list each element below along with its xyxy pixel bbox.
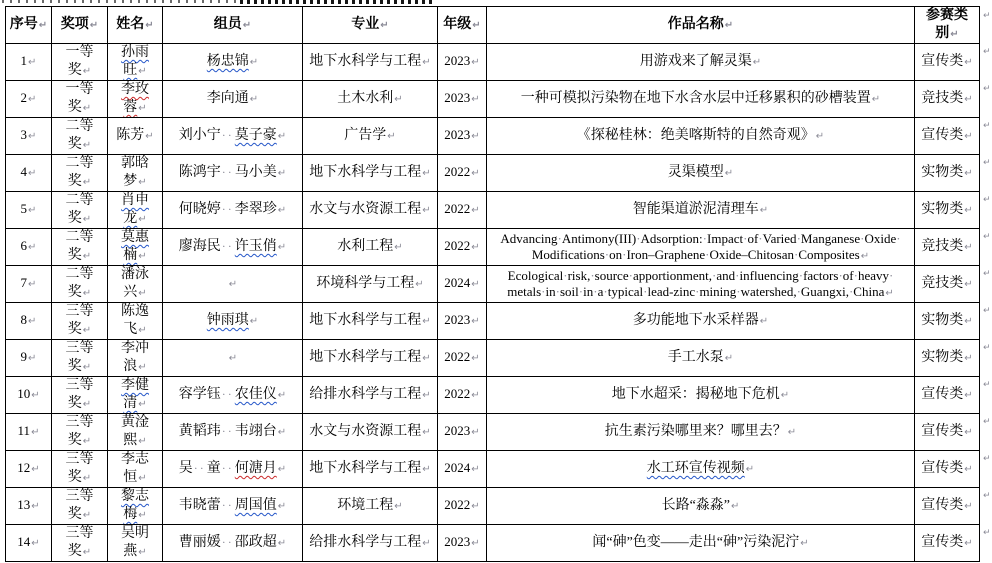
cell-category[interactable]: 宣传类↵ bbox=[915, 43, 980, 80]
member-name-text: 李向通 bbox=[207, 91, 249, 106]
end-of-cell-mark: ↵ bbox=[422, 538, 430, 549]
cell-major[interactable]: 水文与水资源工程↵ bbox=[303, 191, 438, 228]
cell-award[interactable]: 三等奖↵ bbox=[52, 413, 108, 450]
cell-members[interactable]: 黄韬玮··韦翊台↵ bbox=[163, 413, 303, 450]
cell-serial-number[interactable]: 6↵ bbox=[6, 228, 52, 265]
award-text-wrap: 三等奖↵ bbox=[61, 488, 99, 524]
cell-year[interactable]: 2023↵ bbox=[438, 413, 487, 450]
cell-name[interactable]: 黎志梅↵ bbox=[108, 487, 163, 524]
space-mark: ·· bbox=[221, 239, 235, 253]
name-text-wrap: 李冲浪↵ bbox=[116, 340, 154, 376]
end-of-cell-mark: ↵ bbox=[278, 501, 286, 512]
cell-major[interactable]: 环境工程↵ bbox=[303, 487, 438, 524]
end-of-row-mark: ↵ bbox=[983, 11, 991, 21]
cell-name[interactable]: 李冲浪↵ bbox=[108, 339, 163, 376]
end-of-cell-mark: ↵ bbox=[250, 316, 258, 327]
serial-number-text: 2 bbox=[21, 90, 28, 105]
major-text: 广告学 bbox=[344, 128, 386, 143]
end-of-cell-mark: ↵ bbox=[138, 66, 146, 77]
cell-category[interactable]: 宣传类↵ bbox=[915, 117, 980, 154]
row-end-mark-slot: ↵ bbox=[983, 338, 992, 375]
cell-work-title[interactable]: 水工环宣传视频↵ bbox=[487, 450, 915, 487]
table-row: 3↵二等奖↵陈芳↵刘小宁··莫子豪↵广告学↵2023↵《探秘桂林：绝美喀斯特的自… bbox=[6, 117, 980, 154]
cell-name[interactable]: 郭晗梦↵ bbox=[108, 154, 163, 191]
end-of-cell-mark: ↵ bbox=[83, 214, 91, 225]
cell-members[interactable]: 李向通↵ bbox=[163, 80, 303, 117]
cell-major[interactable]: 土木水利↵ bbox=[303, 80, 438, 117]
cell-major[interactable]: 水文与水资源工程↵ bbox=[303, 413, 438, 450]
header-label: 奖项↵ bbox=[61, 17, 98, 32]
cell-award[interactable]: 三等奖↵ bbox=[52, 302, 108, 339]
award-text-wrap: 三等奖↵ bbox=[61, 303, 99, 339]
end-of-cell-mark: ↵ bbox=[28, 205, 36, 216]
end-of-row-mark: ↵ bbox=[983, 269, 991, 279]
cell-name[interactable]: 孙雨旺↵ bbox=[108, 43, 163, 80]
serial-number-text: 10 bbox=[17, 386, 30, 401]
work-title-text: mining bbox=[699, 284, 736, 299]
end-of-cell-mark: ↵ bbox=[422, 57, 430, 68]
member-name-text: 邵政超 bbox=[235, 535, 277, 550]
serial-number-text: 7 bbox=[21, 275, 28, 290]
table-row: 6↵二等奖↵莫惠楠↵廖海民··许玉俏↵水利工程↵2022↵Advancing·​… bbox=[6, 228, 980, 265]
year-text: 2023 bbox=[444, 312, 470, 327]
row-end-marks: ↵↵↵↵↵↵↵↵↵↵↵↵↵↵↵ bbox=[983, 6, 992, 560]
cell-category[interactable]: 宣传类↵ bbox=[915, 413, 980, 450]
cell-serial-number[interactable]: 14↵ bbox=[6, 524, 52, 561]
end-of-cell-mark: ↵ bbox=[964, 390, 972, 401]
cell-work-title[interactable]: 《探秘桂林：绝美喀斯特的自然奇观》↵ bbox=[487, 117, 915, 154]
end-of-cell-mark: ↵ bbox=[28, 353, 36, 364]
table-row: 5↵二等奖↵肖申龙↵何晓婷··李翠珍↵水文与水资源工程↵2022↵智能渠道淤泥清… bbox=[6, 191, 980, 228]
table-row: 2↵一等奖↵李玫蓉↵李向通↵土木水利↵2023↵一种可模拟污染物在地下水含水层中… bbox=[6, 80, 980, 117]
work-title-text: heavy bbox=[858, 268, 889, 283]
end-of-row-mark: ↵ bbox=[983, 47, 991, 57]
cell-serial-number[interactable]: 1↵ bbox=[6, 43, 52, 80]
cell-work-title[interactable]: 地下水超采：揭秘地下危机↵ bbox=[487, 376, 915, 413]
cell-major[interactable]: 给排水科学与工程↵ bbox=[303, 524, 438, 561]
year-text: 2022 bbox=[444, 201, 470, 216]
cell-work-title[interactable]: 智能渠道淤泥清理车↵ bbox=[487, 191, 915, 228]
cell-name[interactable]: 李健清↵ bbox=[108, 376, 163, 413]
end-of-cell-mark: ↵ bbox=[138, 399, 146, 410]
space-mark: ·· bbox=[221, 128, 235, 142]
cell-award[interactable]: 三等奖↵ bbox=[52, 524, 108, 561]
end-of-row-mark: ↵ bbox=[983, 232, 991, 242]
end-of-cell-mark: ↵ bbox=[964, 353, 972, 364]
end-of-cell-mark: ↵ bbox=[278, 464, 286, 475]
cell-work-title[interactable]: 用游戏来了解灵渠↵ bbox=[487, 43, 915, 80]
work-title-text: Guangxi, bbox=[801, 284, 849, 299]
cell-award[interactable]: 三等奖↵ bbox=[52, 487, 108, 524]
work-title-text: 地下水超采：揭秘地下危机 bbox=[612, 387, 780, 402]
header-label: 专业↵ bbox=[351, 17, 388, 32]
work-title-text: 《探秘桂林：绝美喀斯特的自然奇观》 bbox=[577, 128, 815, 143]
cell-award[interactable]: 二等奖↵ bbox=[52, 117, 108, 154]
cell-name[interactable]: 黄淦熙↵ bbox=[108, 413, 163, 450]
header-text: 组员 bbox=[214, 17, 242, 32]
work-title-text: influencing bbox=[740, 268, 799, 283]
end-of-cell-mark: ↵ bbox=[422, 427, 430, 438]
header-row: 序号↵奖项↵姓名↵组员↵专业↵年级↵作品名称↵参赛类别↵ bbox=[6, 7, 980, 44]
cell-serial-number[interactable]: 4↵ bbox=[6, 154, 52, 191]
end-of-cell-mark: ↵ bbox=[964, 205, 972, 216]
work-title-text: 水工环宣传视频 bbox=[647, 461, 745, 476]
cell-category[interactable]: 宣传类↵ bbox=[915, 376, 980, 413]
space-mark: ·· bbox=[221, 202, 235, 216]
cell-category[interactable]: 竞技类↵ bbox=[915, 228, 980, 265]
end-of-cell-mark: ↵ bbox=[861, 251, 869, 262]
end-of-cell-mark: ↵ bbox=[964, 168, 972, 179]
end-of-cell-mark: ↵ bbox=[760, 205, 768, 216]
cell-name[interactable]: 李志恒↵ bbox=[108, 450, 163, 487]
major-text: 地下水科学与工程 bbox=[309, 54, 421, 69]
cell-members[interactable]: 吴··童··何溏月↵ bbox=[163, 450, 303, 487]
name-text-wrap: 莫惠楠↵ bbox=[116, 229, 154, 265]
cell-year[interactable]: 2023↵ bbox=[438, 117, 487, 154]
name-text-wrap: 陈芳↵ bbox=[116, 127, 153, 145]
cell-year[interactable]: 2023↵ bbox=[438, 302, 487, 339]
end-of-cell-mark: ↵ bbox=[145, 20, 153, 31]
award-text-wrap: 一等奖↵ bbox=[61, 44, 99, 80]
work-title-text: China bbox=[853, 284, 884, 299]
end-of-cell-mark: ↵ bbox=[394, 242, 402, 253]
end-of-cell-mark: ↵ bbox=[422, 353, 430, 364]
end-of-cell-mark: ↵ bbox=[472, 20, 480, 31]
cell-category[interactable]: 实物类↵ bbox=[915, 154, 980, 191]
end-of-cell-mark: ↵ bbox=[31, 427, 39, 438]
cell-work-title[interactable]: 手工水泵↵ bbox=[487, 339, 915, 376]
serial-number-text: 11 bbox=[18, 423, 31, 438]
award-text-wrap: 二等奖↵ bbox=[61, 229, 99, 265]
end-of-cell-mark: ↵ bbox=[471, 242, 479, 253]
cell-name[interactable]: 吴明燕↵ bbox=[108, 524, 163, 561]
work-title-text: Oxide–Chitosan bbox=[710, 247, 795, 262]
cell-work-title[interactable]: 多功能地下水采样器↵ bbox=[487, 302, 915, 339]
member-name-text: 马小美 bbox=[235, 165, 277, 180]
category-text: 宣传类 bbox=[921, 535, 963, 550]
cell-category[interactable]: 宣传类↵ bbox=[915, 487, 980, 524]
space-mark: ·· bbox=[221, 387, 235, 401]
end-of-cell-mark: ↵ bbox=[471, 390, 479, 401]
end-of-cell-mark: ↵ bbox=[145, 131, 153, 142]
header-label: 作品名称↵ bbox=[668, 17, 733, 32]
end-of-row-mark: ↵ bbox=[983, 158, 991, 168]
member-name-text: 韦晓蕾 bbox=[179, 498, 221, 513]
work-title-text: source bbox=[595, 268, 629, 283]
name-text-wrap: 潘泳兴↵ bbox=[116, 266, 154, 302]
end-of-cell-mark: ↵ bbox=[39, 20, 47, 31]
name-text-wrap: 孙雨旺↵ bbox=[116, 44, 154, 80]
award-text-wrap: 二等奖↵ bbox=[61, 266, 99, 302]
end-of-cell-mark: ↵ bbox=[394, 94, 402, 105]
header-cell-2[interactable]: 姓名↵ bbox=[108, 7, 163, 44]
work-title-text: 抗生素污染哪里来？哪里去？ bbox=[605, 424, 787, 439]
cell-members[interactable]: 韦晓蕾··周国值↵ bbox=[163, 487, 303, 524]
table-row: 13↵三等奖↵黎志梅↵韦晓蕾··周国值↵环境工程↵2022↵长路“淼淼”↵宣传类… bbox=[6, 487, 980, 524]
end-of-cell-mark: ↵ bbox=[964, 538, 972, 549]
cell-name[interactable]: 肖申龙↵ bbox=[108, 191, 163, 228]
cell-major[interactable]: 水利工程↵ bbox=[303, 228, 438, 265]
end-of-cell-mark: ↵ bbox=[278, 205, 286, 216]
cell-members[interactable]: 容学钰··农佳仪↵ bbox=[163, 376, 303, 413]
cell-award[interactable]: 一等奖↵ bbox=[52, 80, 108, 117]
cell-serial-number[interactable]: 11↵ bbox=[6, 413, 52, 450]
work-title-text: metals bbox=[507, 284, 541, 299]
end-of-cell-mark: ↵ bbox=[31, 501, 39, 512]
header-cell-5[interactable]: 年级↵ bbox=[438, 7, 487, 44]
end-of-cell-mark: ↵ bbox=[964, 501, 972, 512]
cell-category[interactable]: 实物类↵ bbox=[915, 339, 980, 376]
row-end-mark-slot: ↵ bbox=[983, 486, 992, 523]
cell-year[interactable]: 2022↵ bbox=[438, 228, 487, 265]
cell-serial-number[interactable]: 8↵ bbox=[6, 302, 52, 339]
major-text: 地下水科学与工程 bbox=[309, 350, 421, 365]
cell-members[interactable]: 曹丽媛··邵政超↵ bbox=[163, 524, 303, 561]
header-cell-7[interactable]: 参赛类别↵ bbox=[915, 7, 980, 44]
header-text: 序号 bbox=[10, 17, 38, 32]
category-text: 竞技类 bbox=[921, 239, 963, 254]
end-of-cell-mark: ↵ bbox=[83, 436, 91, 447]
category-text: 宣传类 bbox=[921, 461, 963, 476]
header-text: 专业 bbox=[351, 17, 379, 32]
member-name-text: 何晓婷 bbox=[179, 202, 221, 217]
cell-serial-number[interactable]: 5↵ bbox=[6, 191, 52, 228]
space-mark: ·· bbox=[221, 498, 235, 512]
cell-serial-number[interactable]: 13↵ bbox=[6, 487, 52, 524]
cell-work-title[interactable]: 灵渠模型↵ bbox=[487, 154, 915, 191]
name-text-wrap: 李玫蓉↵ bbox=[116, 81, 154, 117]
cell-work-title[interactable]: 抗生素污染哪里来？哪里去？↵ bbox=[487, 413, 915, 450]
member-name-text: 吴 bbox=[179, 461, 193, 476]
end-of-cell-mark: ↵ bbox=[250, 57, 258, 68]
space-mark: ·​ bbox=[889, 268, 893, 283]
name-text-wrap: 黄淦熙↵ bbox=[116, 414, 154, 450]
cell-year[interactable]: 2022↵ bbox=[438, 339, 487, 376]
cell-members[interactable]: ↵ bbox=[163, 265, 303, 302]
cell-members[interactable]: 何晓婷··李翠珍↵ bbox=[163, 191, 303, 228]
cell-serial-number[interactable]: 10↵ bbox=[6, 376, 52, 413]
end-of-cell-mark: ↵ bbox=[83, 399, 91, 410]
name-text-wrap: 肖申龙↵ bbox=[116, 192, 154, 228]
end-of-cell-mark: ↵ bbox=[471, 464, 479, 475]
end-of-cell-mark: ↵ bbox=[964, 279, 972, 290]
name-text-wrap: 郭晗梦↵ bbox=[116, 155, 154, 191]
cell-serial-number[interactable]: 12↵ bbox=[6, 450, 52, 487]
year-text: 2023 bbox=[444, 53, 470, 68]
end-of-cell-mark: ↵ bbox=[31, 538, 39, 549]
end-of-cell-mark: ↵ bbox=[471, 168, 479, 179]
year-text: 2024 bbox=[444, 275, 470, 290]
year-text: 2023 bbox=[444, 534, 470, 549]
cell-year[interactable]: 2022↵ bbox=[438, 154, 487, 191]
serial-number-text: 3 bbox=[21, 127, 28, 142]
year-text: 2023 bbox=[444, 423, 470, 438]
cell-award[interactable]: 三等奖↵ bbox=[52, 339, 108, 376]
member-name-text: 刘小宁 bbox=[179, 128, 221, 143]
cell-major[interactable]: 广告学↵ bbox=[303, 117, 438, 154]
header-cell-1[interactable]: 奖项↵ bbox=[52, 7, 108, 44]
end-of-cell-mark: ↵ bbox=[278, 242, 286, 253]
category-text: 实物类 bbox=[921, 165, 963, 180]
cell-major[interactable]: 地下水科学与工程↵ bbox=[303, 450, 438, 487]
end-of-cell-mark: ↵ bbox=[83, 177, 91, 188]
end-of-row-mark: ↵ bbox=[983, 195, 991, 205]
serial-number-text: 9 bbox=[21, 349, 28, 364]
cell-work-title[interactable]: 一种可模拟污染物在地下水含水层中迁移累积的砂槽装置↵ bbox=[487, 80, 915, 117]
end-of-cell-mark: ↵ bbox=[471, 205, 479, 216]
cell-award[interactable]: 三等奖↵ bbox=[52, 376, 108, 413]
cell-work-title[interactable]: Ecological·​risk,·​source·​apportionment… bbox=[487, 265, 915, 302]
category-text: 竞技类 bbox=[921, 91, 963, 106]
major-text: 水利工程 bbox=[337, 239, 393, 254]
category-text: 竞技类 bbox=[921, 276, 963, 291]
cell-members[interactable]: ↵ bbox=[163, 339, 303, 376]
cell-award[interactable]: 三等奖↵ bbox=[52, 450, 108, 487]
cell-serial-number[interactable]: 7↵ bbox=[6, 265, 52, 302]
cell-year[interactable]: 2022↵ bbox=[438, 487, 487, 524]
cell-category[interactable]: 宣传类↵ bbox=[915, 450, 980, 487]
cell-year[interactable]: 2022↵ bbox=[438, 376, 487, 413]
serial-number-text: 14 bbox=[17, 534, 30, 549]
header-cell-3[interactable]: 组员↵ bbox=[163, 7, 303, 44]
end-of-cell-mark: ↵ bbox=[83, 103, 91, 114]
cell-work-title[interactable]: 闻“砷”色变——走出“砷”污染泥泞↵ bbox=[487, 524, 915, 561]
end-of-cell-mark: ↵ bbox=[471, 427, 479, 438]
award-text-wrap: 三等奖↵ bbox=[61, 414, 99, 450]
cell-major[interactable]: 地下水科学与工程↵ bbox=[303, 43, 438, 80]
table-row: 11↵三等奖↵黄淦熙↵黄韬玮··韦翊台↵水文与水资源工程↵2023↵抗生素污染哪… bbox=[6, 413, 980, 450]
end-of-cell-mark: ↵ bbox=[753, 57, 761, 68]
cell-year[interactable]: 2022↵ bbox=[438, 191, 487, 228]
work-title-text: Composites bbox=[798, 247, 859, 262]
cell-members[interactable]: 杨忠锦↵ bbox=[163, 43, 303, 80]
table-row: 10↵三等奖↵李健清↵容学钰··农佳仪↵给排水科学与工程↵2022↵地下水超采：… bbox=[6, 376, 980, 413]
end-of-cell-mark: ↵ bbox=[278, 168, 286, 179]
end-of-cell-mark: ↵ bbox=[760, 316, 768, 327]
cell-category[interactable]: 实物类↵ bbox=[915, 302, 980, 339]
cell-name[interactable]: 潘泳兴↵ bbox=[108, 265, 163, 302]
end-of-cell-mark: ↵ bbox=[138, 177, 146, 188]
end-of-cell-mark: ↵ bbox=[950, 29, 958, 40]
cell-work-title[interactable]: 长路“淼淼”↵ bbox=[487, 487, 915, 524]
work-title-text: typical bbox=[608, 284, 643, 299]
row-end-mark-slot: ↵ bbox=[983, 153, 992, 190]
end-of-cell-mark: ↵ bbox=[83, 288, 91, 299]
header-cell-0[interactable]: 序号↵ bbox=[6, 7, 52, 44]
cell-members[interactable]: 廖海民··许玉俏↵ bbox=[163, 228, 303, 265]
end-of-cell-mark: ↵ bbox=[964, 427, 972, 438]
cell-major[interactable]: 地下水科学与工程↵ bbox=[303, 154, 438, 191]
cell-major[interactable]: 地下水科学与工程↵ bbox=[303, 302, 438, 339]
work-title-text: Manganese bbox=[801, 231, 860, 246]
cell-major[interactable]: 地下水科学与工程↵ bbox=[303, 339, 438, 376]
end-of-row-mark: ↵ bbox=[983, 121, 991, 131]
end-of-cell-mark: ↵ bbox=[138, 510, 146, 521]
header-cell-6[interactable]: 作品名称↵ bbox=[487, 7, 915, 44]
end-of-cell-mark: ↵ bbox=[138, 325, 146, 336]
member-name-text: 杨忠锦 bbox=[207, 54, 249, 69]
cell-members[interactable]: 陈鸿宇··马小美↵ bbox=[163, 154, 303, 191]
end-of-cell-mark: ↵ bbox=[788, 427, 796, 438]
category-text: 宣传类 bbox=[921, 424, 963, 439]
end-of-cell-mark: ↵ bbox=[28, 94, 36, 105]
cell-award[interactable]: 二等奖↵ bbox=[52, 154, 108, 191]
cell-category[interactable]: 竞技类↵ bbox=[915, 265, 980, 302]
cell-major[interactable]: 环境科学与工程↵ bbox=[303, 265, 438, 302]
header-cell-4[interactable]: 专业↵ bbox=[303, 7, 438, 44]
end-of-row-mark: ↵ bbox=[983, 417, 991, 427]
end-of-cell-mark: ↵ bbox=[243, 20, 251, 31]
cell-name[interactable]: 陈逸飞↵ bbox=[108, 302, 163, 339]
header-label: 姓名↵ bbox=[116, 17, 153, 32]
cell-name[interactable]: 陈芳↵ bbox=[108, 117, 163, 154]
award-text-wrap: 三等奖↵ bbox=[61, 525, 99, 561]
cell-award[interactable]: 一等奖↵ bbox=[52, 43, 108, 80]
table-row: 14↵三等奖↵吴明燕↵曹丽媛··邵政超↵给排水科学与工程↵2023↵闻“砷”色变… bbox=[6, 524, 980, 561]
end-of-cell-mark: ↵ bbox=[28, 57, 36, 68]
space-mark: ·​ bbox=[896, 231, 900, 246]
cell-year[interactable]: 2023↵ bbox=[438, 524, 487, 561]
end-of-cell-mark: ↵ bbox=[471, 353, 479, 364]
work-title-text: Impact bbox=[707, 231, 743, 246]
cell-serial-number[interactable]: 3↵ bbox=[6, 117, 52, 154]
end-of-cell-mark: ↵ bbox=[83, 66, 91, 77]
cell-name[interactable]: 李玫蓉↵ bbox=[108, 80, 163, 117]
cell-year[interactable]: 2023↵ bbox=[438, 43, 487, 80]
table-row: 4↵二等奖↵郭晗梦↵陈鸿宇··马小美↵地下水科学与工程↵2022↵灵渠模型↵实物… bbox=[6, 154, 980, 191]
cell-award[interactable]: 二等奖↵ bbox=[52, 228, 108, 265]
cell-serial-number[interactable]: 2↵ bbox=[6, 80, 52, 117]
end-of-cell-mark: ↵ bbox=[725, 168, 733, 179]
cell-category[interactable]: 实物类↵ bbox=[915, 191, 980, 228]
major-text: 环境科学与工程 bbox=[316, 276, 414, 291]
cell-year[interactable]: 2024↵ bbox=[438, 265, 487, 302]
work-title-text: 手工水泵 bbox=[668, 350, 724, 365]
end-of-cell-mark: ↵ bbox=[471, 57, 479, 68]
work-title-text: Modifications bbox=[532, 247, 605, 262]
cell-award[interactable]: 二等奖↵ bbox=[52, 191, 108, 228]
cell-members[interactable]: 钟雨琪↵ bbox=[163, 302, 303, 339]
header-label: 参赛类别↵ bbox=[924, 7, 970, 43]
category-text: 宣传类 bbox=[921, 387, 963, 402]
cell-major[interactable]: 给排水科学与工程↵ bbox=[303, 376, 438, 413]
member-name-text: 莫子豪 bbox=[235, 128, 277, 143]
clipped-text-line bbox=[240, 0, 432, 4]
table-header: 序号↵奖项↵姓名↵组员↵专业↵年级↵作品名称↵参赛类别↵ bbox=[6, 7, 980, 44]
end-of-cell-mark: ↵ bbox=[138, 103, 146, 114]
work-title-text: apportionment, bbox=[633, 268, 712, 283]
cell-members[interactable]: 刘小宁··莫子豪↵ bbox=[163, 117, 303, 154]
work-title-text: Oxide bbox=[864, 231, 896, 246]
end-of-cell-mark: ↵ bbox=[471, 501, 479, 512]
member-name-text: 陈鸿宇 bbox=[179, 165, 221, 180]
cell-category[interactable]: 竞技类↵ bbox=[915, 80, 980, 117]
cell-award[interactable]: 二等奖↵ bbox=[52, 265, 108, 302]
space-mark: ·· bbox=[221, 424, 235, 438]
cell-work-title[interactable]: Advancing·​Antimony(III)·​Adsorption:·​I… bbox=[487, 228, 915, 265]
cell-name[interactable]: 莫惠楠↵ bbox=[108, 228, 163, 265]
end-of-cell-mark: ↵ bbox=[31, 390, 39, 401]
end-of-cell-mark: ↵ bbox=[229, 279, 237, 290]
major-text: 水文与水资源工程 bbox=[309, 202, 421, 217]
end-of-cell-mark: ↵ bbox=[229, 353, 237, 364]
cell-category[interactable]: 宣传类↵ bbox=[915, 524, 980, 561]
year-text: 2022 bbox=[444, 386, 470, 401]
cell-year[interactable]: 2023↵ bbox=[438, 80, 487, 117]
cell-serial-number[interactable]: 9↵ bbox=[6, 339, 52, 376]
work-title-text: 灵渠模型 bbox=[668, 165, 724, 180]
cell-year[interactable]: 2024↵ bbox=[438, 450, 487, 487]
